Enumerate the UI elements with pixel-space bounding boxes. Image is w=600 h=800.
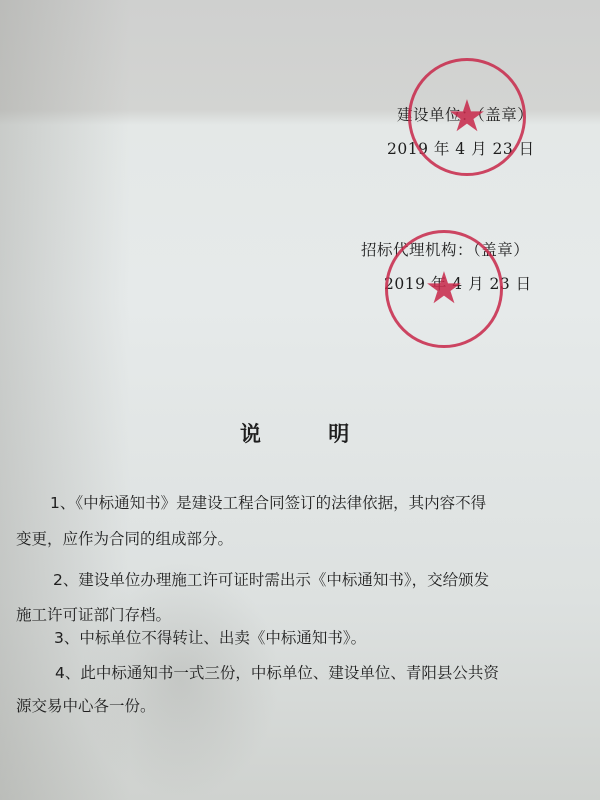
paragraph-4-line-2: 源交易中心各一份。	[16, 688, 156, 724]
paragraph-4-line-1: 4、此中标通知书一式三份，中标单位、建设单位、青阳县公共资	[55, 655, 499, 691]
paragraph-1-line-1: 1、《中标通知书》是建设工程合同签订的法律依据，其内容不得	[50, 485, 486, 521]
signature-label-tender-agent: 招标代理机构：（盖章）	[361, 238, 529, 260]
paragraph-2-line-1: 2、建设单位办理施工许可证时需出示《中标通知书》，交给颁发	[53, 562, 489, 598]
section-title: 说 明	[240, 418, 379, 448]
signature-label-construction-unit: 建设单位：（盖章）	[397, 103, 533, 125]
paragraph-3-line-1: 3、中标单位不得转让、出卖《中标通知书》。	[54, 620, 366, 656]
signature-date-construction-unit: 2019 年 4 月 23 日	[387, 137, 535, 159]
paragraph-1-line-2: 变更，应作为合同的组成部分。	[16, 521, 233, 557]
signature-date-tender-agent: 2019 年 4 月 23 日	[384, 272, 532, 294]
